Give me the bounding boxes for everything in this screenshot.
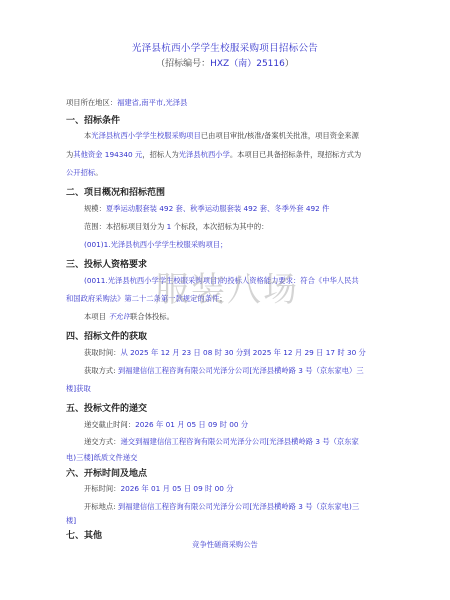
s6-time: 开标时间：2026 年 01 月 05 日 09 时 00 分 bbox=[84, 484, 396, 494]
s5-method-value: 递交到福建信信工程咨询有限公司光泽分公司[光泽县横岭路 3 号（京东家 bbox=[120, 437, 358, 446]
s1-para-line1: 本光泽县杭西小学学生校服采购项目已由项目审批/核准/备案机关批准，项目资金来源 bbox=[84, 131, 396, 141]
s1-fund: 其他资金 194340 元 bbox=[73, 150, 142, 159]
s3-requirement-line1: (0011.光泽县杭西小学学生校服采购项目)的投标人资格能力要求：符合《中华人民… bbox=[84, 276, 396, 286]
s6-place: 开标地点: 到福建信信工程咨询有限公司光泽分公司[光泽县横岭路 3 号（京东家电… bbox=[84, 502, 396, 512]
s6-time-value: 2026 年 01 月 05 日 09 时 00 分 bbox=[120, 484, 233, 493]
region-label: 项目所在地区： bbox=[66, 98, 117, 107]
s2-scope-rest: 个标段，本次招标为其中的： bbox=[174, 222, 269, 231]
region-value: 福建省,南平市,光泽县 bbox=[117, 98, 187, 107]
section-heading-1: 一、招标条件 bbox=[66, 113, 120, 126]
page-title: 光泽县杭西小学学生校服采购项目招标公告 bbox=[0, 40, 450, 54]
s2-scale-value: 夏季运动服套装 492 套、秋季运动服套装 492 套、冬季外套 492 件 bbox=[106, 204, 330, 213]
s2-scale: 规模：夏季运动服套装 492 套、秋季运动服套装 492 套、冬季外套 492 … bbox=[84, 204, 396, 214]
s3-requirement-text: 和国政府采购法》第二十二条第一款规定的条件 bbox=[66, 294, 219, 303]
tender-number-suffix: ） bbox=[285, 59, 294, 69]
s1-tenderer: 光泽县杭西小学 bbox=[179, 150, 230, 159]
s4-method-label: 获取方式: bbox=[84, 366, 116, 375]
s5-deadline-value: 2026 年 01 月 05 日 09 时 00 分 bbox=[135, 420, 248, 429]
section-heading-4: 四、招标文件的获取 bbox=[66, 329, 147, 342]
tender-number: （招标编号：HXZ（南）25116） bbox=[0, 56, 450, 69]
s4-method-value: 到福建信信工程咨询有限公司光泽分公司[光泽县横岭路 3 号（京东家电）三 bbox=[118, 366, 364, 375]
s1-method: 公开招标 bbox=[66, 168, 95, 177]
s2-scope-count: 1 bbox=[167, 222, 172, 231]
s3-text: 本项目 bbox=[84, 312, 106, 321]
s4-time: 获取时间：从 2025 年 12 月 23 日 08 时 30 分到 2025 … bbox=[84, 348, 396, 358]
s6-place-cont: 楼] bbox=[66, 516, 396, 526]
announcement-page: 光泽县杭西小学学生校服采购项目招标公告 （招标编号：HXZ（南）25116） 项… bbox=[0, 0, 450, 600]
s5-method: 递交方式：递交到福建信信工程咨询有限公司光泽分公司[光泽县横岭路 3 号（京东家 bbox=[84, 437, 396, 447]
project-region: 项目所在地区：福建省,南平市,光泽县 bbox=[66, 98, 396, 108]
s4-method-cont: 楼]获取 bbox=[66, 384, 396, 394]
s6-place-value: 到福建信信工程咨询有限公司光泽分公司[光泽县横岭路 3 号（京东家电)三 bbox=[118, 502, 359, 511]
s1-para-line3: 公开招标。 bbox=[66, 168, 396, 178]
tender-number-prefix: （招标编号： bbox=[156, 59, 210, 69]
s4-time-value: 从 2025 年 12 月 23 日 08 时 30 分到 2025 年 12 … bbox=[120, 348, 365, 357]
s6-time-label: 开标时间： bbox=[84, 484, 120, 493]
s5-deadline-label: 递交截止时间： bbox=[84, 420, 135, 429]
s1-project-name: 光泽县杭西小学学生校服采购项目 bbox=[91, 131, 200, 140]
s6-place-label: 开标地点: bbox=[84, 502, 116, 511]
section-heading-3: 三、投标人资格要求 bbox=[66, 257, 147, 270]
s2-scope: 范围：本招标项目划分为 1 个标段，本次招标为其中的： bbox=[84, 222, 396, 232]
s5-method-label: 递交方式： bbox=[84, 437, 120, 446]
s3-text: 联合体投标。 bbox=[130, 312, 174, 321]
s1-text: 。 bbox=[95, 168, 102, 177]
s2-scale-label: 规模： bbox=[84, 204, 106, 213]
tender-code: HXZ（南）25116 bbox=[210, 59, 285, 69]
s1-text: ，招标人为 bbox=[142, 150, 178, 159]
section-heading-2: 二、项目概况和招标范围 bbox=[66, 185, 165, 198]
s2-scope-label: 范围：本招标项目划分为 bbox=[84, 222, 164, 231]
s5-method-cont: 电)三楼]纸质文件递交 bbox=[66, 453, 396, 463]
s3-joint-value: 不允许 bbox=[108, 312, 130, 321]
section-heading-5: 五、投标文件的递交 bbox=[66, 401, 147, 414]
s2-lot: (001)1.光泽县杭西小学学生校服采购项目； bbox=[84, 240, 396, 250]
s5-deadline: 递交截止时间：2026 年 01 月 05 日 09 时 00 分 bbox=[84, 420, 396, 430]
s1-text: 。本项目已具备招标条件，现招标方式为 bbox=[230, 150, 361, 159]
s4-time-label: 获取时间： bbox=[84, 348, 120, 357]
s3-joint-bid: 本项目 不允许联合体投标。 bbox=[84, 312, 396, 322]
s1-text: 已由项目审批/核准/备案机关批准，项目资金来源 bbox=[201, 131, 359, 140]
s1-para-line2: 为其他资金 194340 元，招标人为光泽县杭西小学。本项目已具备招标条件，现招… bbox=[66, 150, 396, 160]
s3-text: ； bbox=[219, 294, 226, 303]
s4-method: 获取方式: 到福建信信工程咨询有限公司光泽分公司[光泽县横岭路 3 号（京东家电… bbox=[84, 366, 396, 376]
s3-requirement-line2: 和国政府采购法》第二十二条第一款规定的条件； bbox=[66, 294, 396, 304]
competitive-consultation-link[interactable]: 竞争性磋商采购公告 bbox=[0, 540, 450, 550]
section-heading-6: 六、开标时间及地点 bbox=[66, 466, 147, 479]
